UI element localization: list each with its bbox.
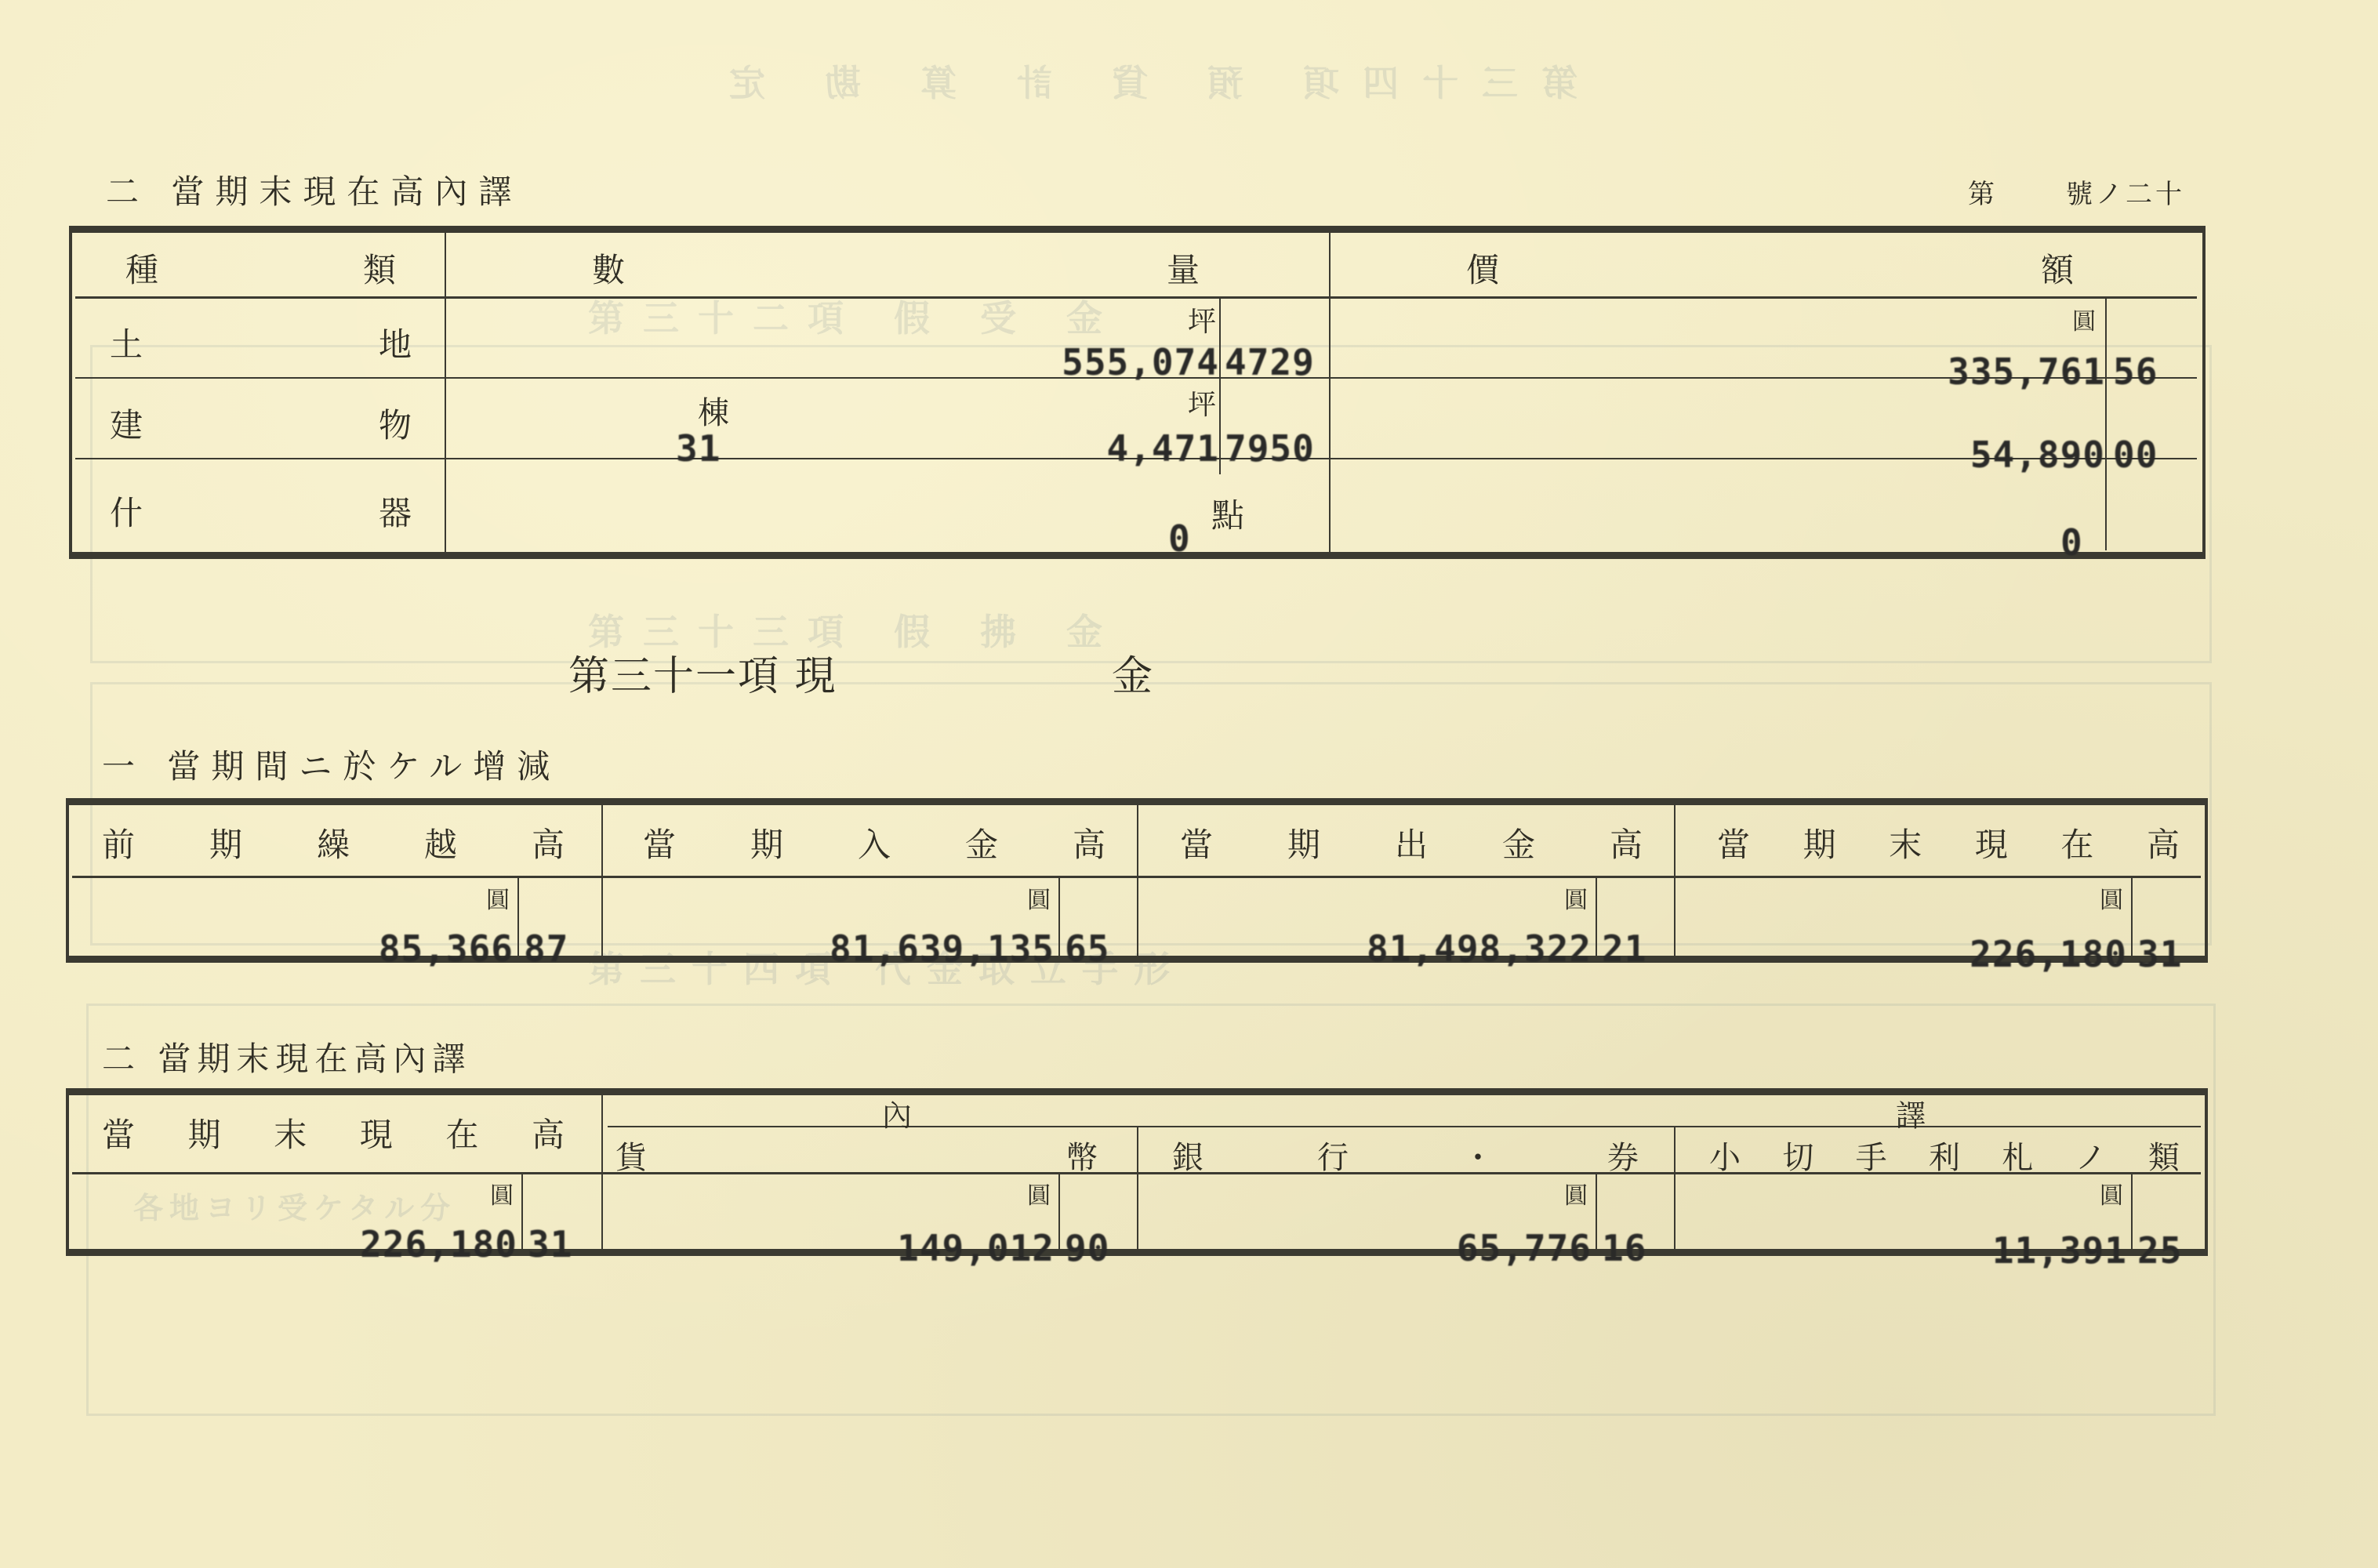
- closing-total-dec: 31: [528, 1223, 572, 1265]
- header-char: 數: [592, 245, 625, 292]
- banknotes-int: 65,776: [1457, 1227, 1592, 1269]
- header-char: 種: [125, 245, 158, 292]
- unit-yen: 圓: [490, 1176, 514, 1210]
- header-char: 高: [1610, 819, 1643, 866]
- unit-yen: 圓: [1027, 880, 1051, 915]
- row-kind-building: 建 物: [110, 400, 412, 447]
- header-char: 價: [1466, 245, 1499, 292]
- building-quantity-dec: 7950: [1225, 427, 1315, 470]
- divider: [521, 1174, 523, 1250]
- kind-char: 建: [110, 400, 143, 447]
- column-header-receipts: 當 期 入 金 高: [643, 819, 1105, 866]
- divider: [1596, 1174, 1597, 1250]
- land-quantity-int: 555,074: [1062, 341, 1219, 383]
- column-header-payments: 當 期 出 金 高: [1180, 819, 1643, 866]
- building-quantity-int: 4,471: [1107, 427, 1219, 470]
- unit-yen: 圓: [2072, 302, 2096, 336]
- kind-char: 土: [110, 319, 143, 366]
- header-char: 當: [1717, 819, 1750, 866]
- currency-dec: 90: [1065, 1227, 1109, 1269]
- kind-char: 什: [110, 488, 143, 535]
- header-char: 末: [1889, 819, 1922, 866]
- header-char: 越: [424, 819, 457, 866]
- header-char: 末: [274, 1109, 307, 1156]
- building-value-dec: 00: [2113, 434, 2158, 476]
- divider: [75, 296, 2197, 299]
- header-char: 期: [750, 819, 783, 866]
- divider: [608, 1126, 2201, 1127]
- header-char: 幣: [1066, 1133, 1098, 1178]
- receipts-int: 81,639,135: [830, 927, 1055, 970]
- divider: [2105, 298, 2107, 550]
- header-char: 額: [2041, 245, 2074, 292]
- header-char: 現: [360, 1109, 393, 1156]
- divider: [1219, 298, 1221, 474]
- header-char: 期: [1287, 819, 1320, 866]
- page-number-suffix: 號ノ二十: [2066, 172, 2185, 211]
- subsection-title-breakdown: 二 當期末現在高內譯: [102, 1033, 471, 1080]
- unit-yen: 圓: [2100, 1176, 2123, 1210]
- header-char: 期: [209, 819, 242, 866]
- land-quantity-dec: 4729: [1225, 341, 1315, 383]
- unit-tsubo: 坪: [1188, 383, 1216, 423]
- group-header-breakdown-start: 內: [882, 1091, 912, 1134]
- header-char: 金: [1502, 819, 1535, 866]
- row-kind-fixtures: 什 器: [110, 488, 412, 535]
- fixtures-quantity: 0: [1168, 517, 1191, 560]
- unit-yen: 圓: [1564, 1176, 1588, 1210]
- header-char: ・: [1462, 1133, 1494, 1178]
- header-char: 入: [858, 819, 891, 866]
- header-char: 當: [643, 819, 676, 866]
- carried-forward-int: 85,366: [379, 927, 514, 970]
- divider: [1596, 878, 1597, 956]
- column-header-currency: 貨 幣: [615, 1133, 1098, 1178]
- divider: [1137, 1127, 1138, 1250]
- header-char: 前: [102, 819, 135, 866]
- checks-dec: 25: [2137, 1229, 2182, 1272]
- kind-char: 地: [379, 319, 412, 366]
- section-title-end: 金: [1112, 643, 1153, 702]
- header-char: 銀: [1172, 1133, 1204, 1178]
- divider: [2131, 878, 2133, 956]
- closing-balance-int: 226,180: [1970, 933, 2127, 975]
- header-char: 在: [2060, 819, 2093, 866]
- column-header-value: 價 額: [1466, 245, 2074, 292]
- unit-items: 點: [1211, 490, 1244, 537]
- closing-balance-dec: 31: [2137, 933, 2182, 975]
- column-header-closing-balance: 當 期 末 現 在 高: [102, 1109, 565, 1156]
- closing-total-int: 226,180: [360, 1223, 517, 1265]
- header-char: 金: [965, 819, 998, 866]
- column-header-closing-balance: 當 期 末 現 在 高: [1717, 819, 2180, 866]
- column-header-quantity: 數 量: [592, 245, 1200, 292]
- column-header-carried-forward: 前 期 繰 越 高: [102, 819, 565, 866]
- unit-tsubo: 坪: [1188, 299, 1216, 339]
- unit-yen: 圓: [1564, 880, 1588, 915]
- header-char: ノ: [2075, 1133, 2107, 1178]
- header-char: 貨: [615, 1133, 647, 1178]
- column-header-banknotes: 銀 行 ・ 券: [1172, 1133, 1639, 1178]
- section-title: 第三十一項 現: [568, 643, 837, 702]
- unit-yen: 圓: [1027, 1176, 1051, 1210]
- fixtures-value: 0: [2060, 521, 2083, 564]
- banknotes-dec: 16: [1602, 1227, 1646, 1269]
- kind-char: 器: [379, 488, 412, 535]
- header-char: 當: [1180, 819, 1213, 866]
- header-char: 小: [1709, 1133, 1741, 1178]
- header-char: 出: [1395, 819, 1428, 866]
- header-char: 期: [188, 1109, 221, 1156]
- row-kind-land: 土 地: [110, 319, 412, 366]
- header-char: 切: [1782, 1133, 1813, 1178]
- unit-buildings: 棟: [698, 388, 729, 433]
- divider: [517, 878, 519, 956]
- currency-int: 149,012: [897, 1227, 1055, 1269]
- receipts-dec: 65: [1065, 927, 1109, 970]
- header-char: 類: [363, 245, 396, 292]
- payments-dec: 21: [1602, 927, 1646, 970]
- building-count: 31: [676, 427, 721, 470]
- header-char: 高: [532, 1109, 565, 1156]
- divider: [445, 233, 446, 552]
- header-char: 在: [445, 1109, 478, 1156]
- payments-int: 81,498,322: [1367, 927, 1592, 970]
- header-char: 期: [1803, 819, 1836, 866]
- divider: [601, 804, 603, 956]
- divider: [1058, 878, 1060, 956]
- header-char: 類: [2148, 1133, 2180, 1178]
- header-char: 當: [102, 1109, 135, 1156]
- header-char: 券: [1607, 1133, 1639, 1178]
- header-char: 高: [1073, 819, 1105, 866]
- carried-forward-dec: 87: [524, 927, 568, 970]
- column-header-checks: 小 切 手 利 札 ノ 類: [1709, 1133, 2180, 1178]
- checks-int: 11,391: [1992, 1229, 2127, 1272]
- divider: [1329, 233, 1331, 552]
- divider: [2131, 1174, 2133, 1250]
- divider: [1137, 804, 1138, 956]
- unit-yen: 圓: [2100, 880, 2123, 915]
- divider: [1674, 1127, 1675, 1250]
- header-char: 繰: [317, 819, 350, 866]
- kind-char: 物: [379, 400, 412, 447]
- header-char: 札: [2002, 1133, 2033, 1178]
- subsection-title-changes: 一 當期間ニ於ケル增減: [102, 741, 561, 788]
- header-char: 手: [1856, 1133, 1887, 1178]
- group-header-breakdown-end: 譯: [1896, 1091, 1926, 1134]
- header-char: 行: [1317, 1133, 1349, 1178]
- land-value-dec: 56: [2113, 350, 2158, 393]
- divider: [1674, 804, 1675, 956]
- column-header-kind: 種 類: [125, 245, 396, 292]
- building-value-int: 54,890: [1970, 434, 2105, 476]
- header-char: 高: [532, 819, 565, 866]
- land-value-int: 335,761: [1948, 350, 2105, 393]
- header-char: 高: [2147, 819, 2180, 866]
- unit-yen: 圓: [486, 880, 510, 915]
- header-char: 利: [1929, 1133, 1960, 1178]
- bleed-through-title-top: 第三十四項 預 貸 計 算 勘 定: [706, 55, 1577, 107]
- header-char: 量: [1167, 245, 1200, 292]
- divider: [72, 876, 2201, 878]
- divider: [1058, 1174, 1060, 1250]
- header-char: 現: [1975, 819, 2008, 866]
- page-number-prefix: 第: [1968, 172, 1995, 211]
- section-heading-breakdown: 二 當期末現在高內譯: [106, 166, 522, 213]
